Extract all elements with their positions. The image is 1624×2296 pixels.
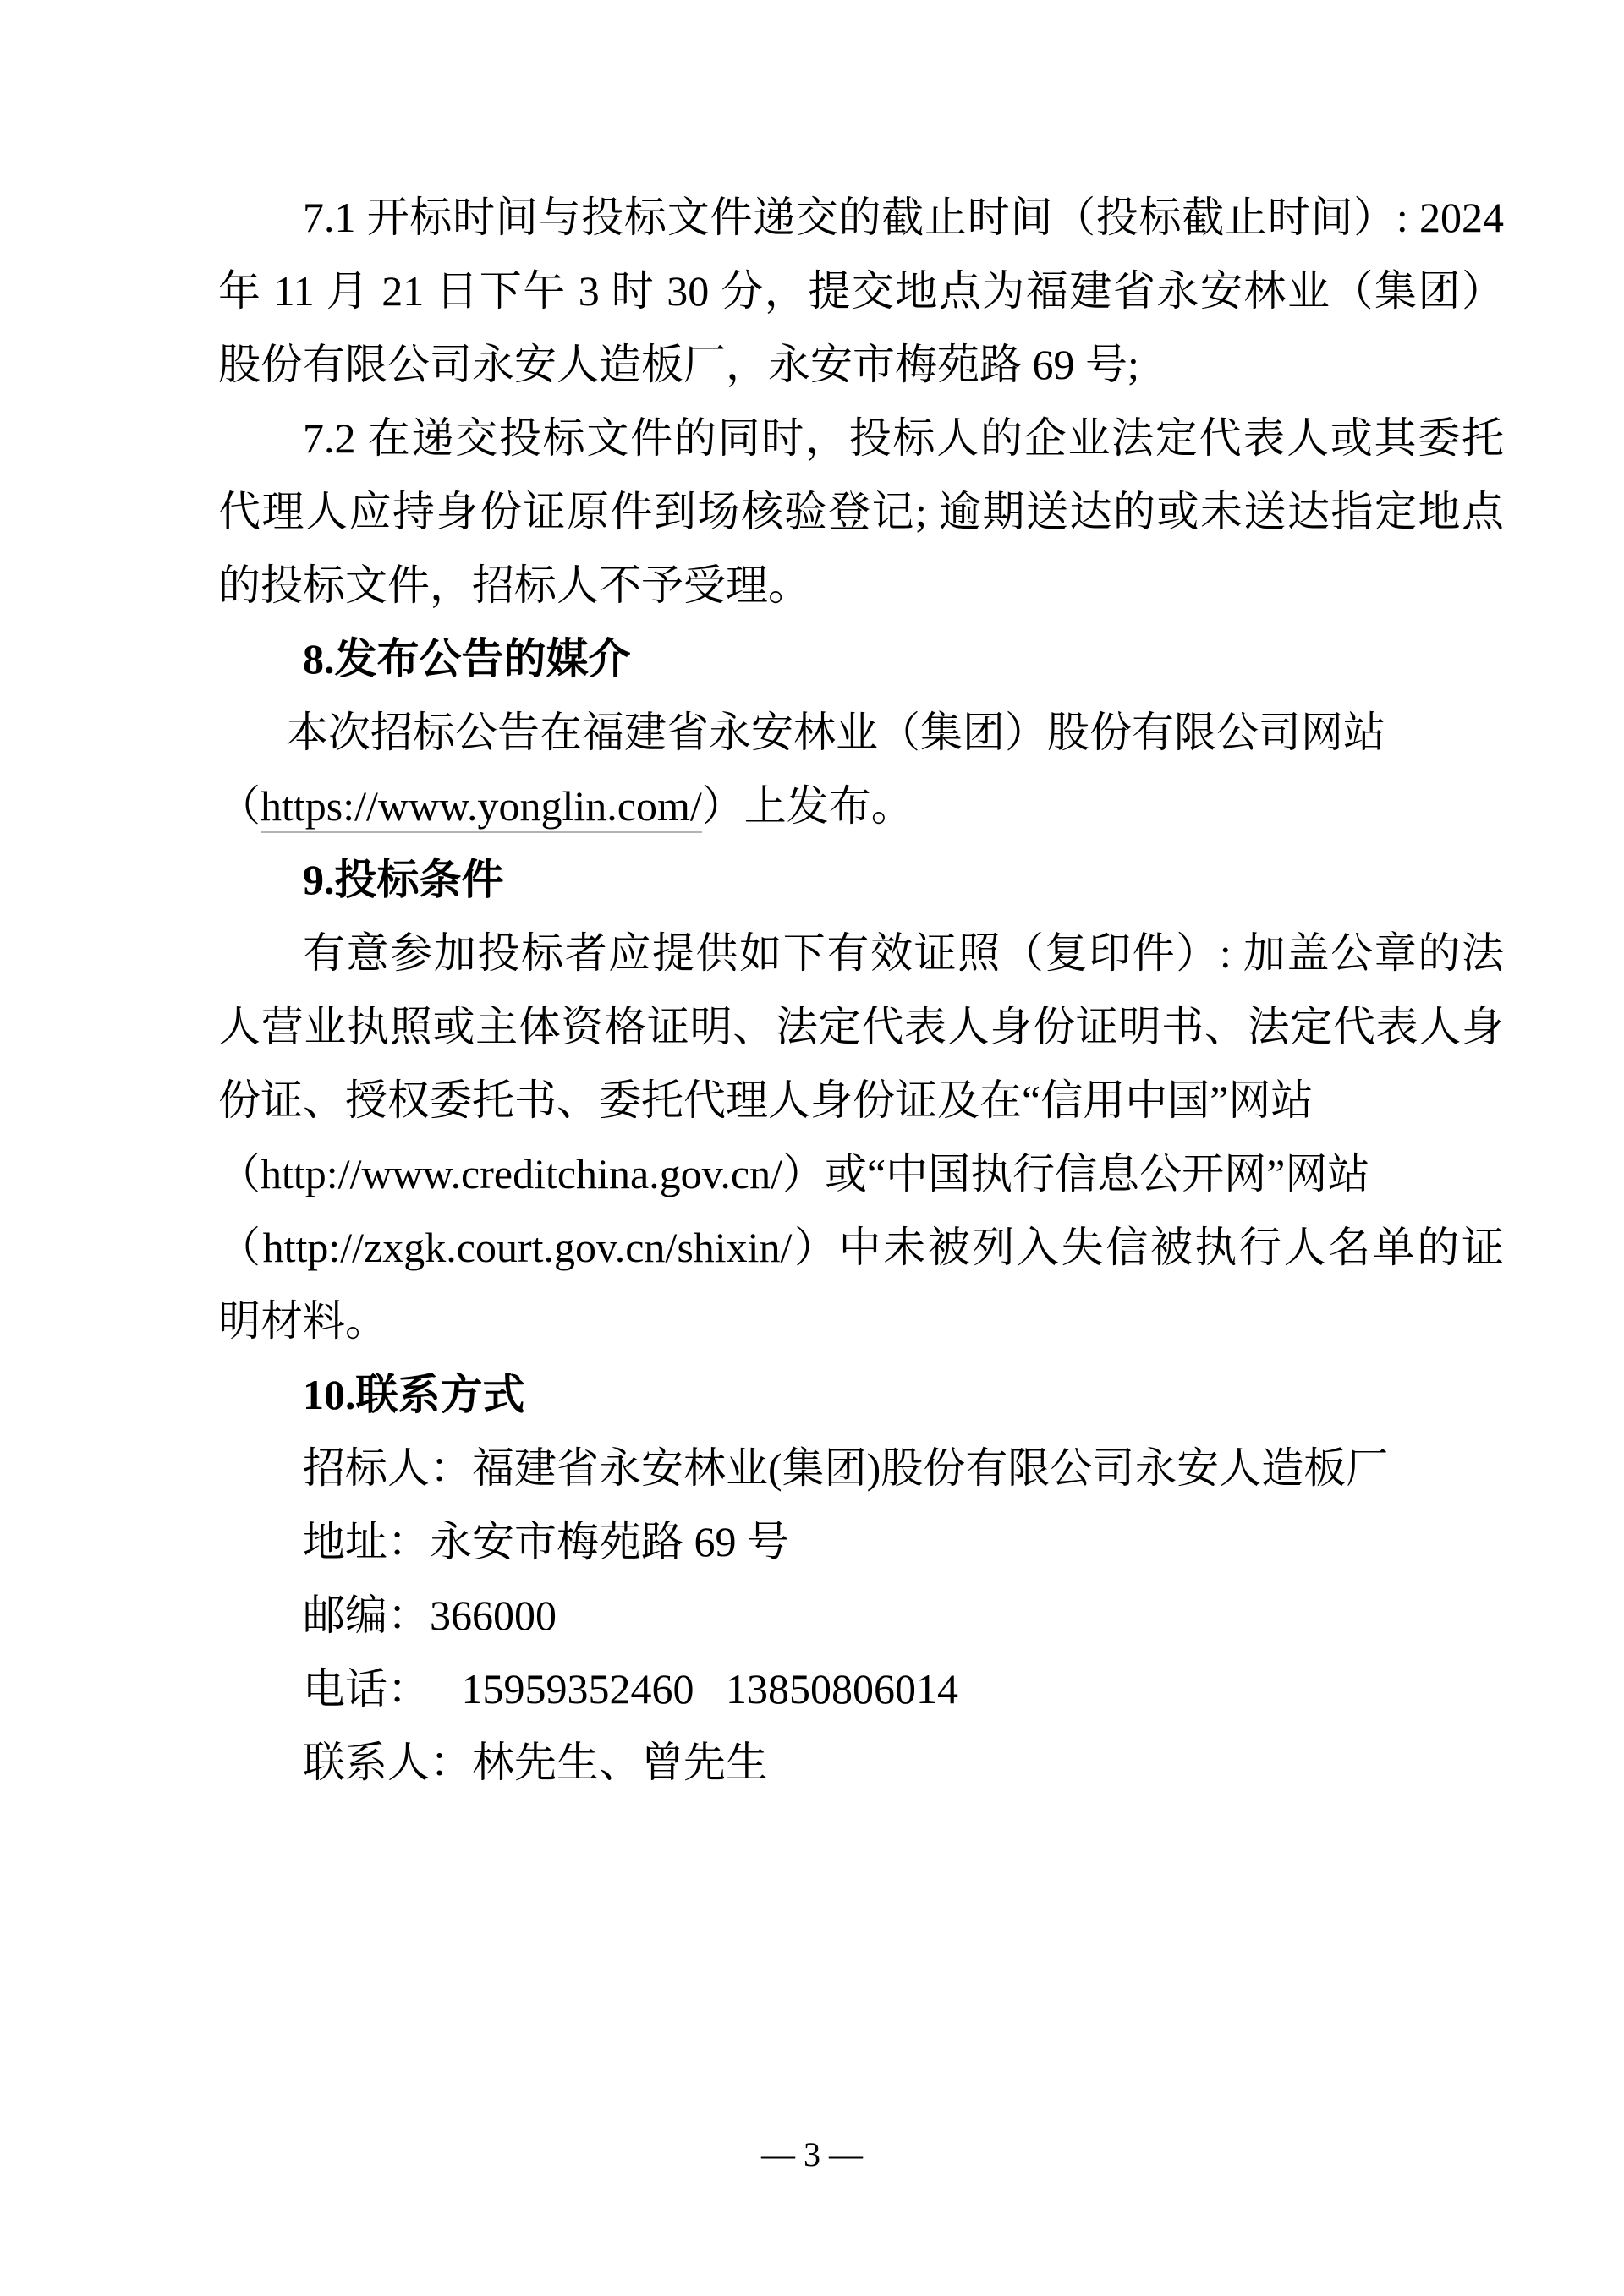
paren-open: （: [218, 782, 261, 830]
para-9-line-1: 有意参加投标者应提供如下有效证照（复印件）: 加盖公章的法: [218, 917, 1504, 990]
heading-section-9: 9.投标条件: [218, 843, 1504, 917]
contact-person-line: 联系人：林先生、曾先生: [218, 1726, 1504, 1800]
para-9-line-4-creditchina-url: （http://www.creditchina.gov.cn/）或“中国执行信息…: [218, 1137, 1504, 1211]
contact-address-line: 地址：永安市梅苑路 69 号: [218, 1505, 1504, 1579]
document-body: 7.1 开标时间与投标文件递交的截止时间（投标截止时间）: 2024 年 11 …: [218, 181, 1504, 1800]
para-8-line-1: 本次招标公告在福建省永安林业（集团）股份有限公司网站: [218, 696, 1504, 770]
yonglin-url-link[interactable]: https://www.yonglin.com/: [261, 782, 702, 833]
para-7-1-line-1: 7.1 开标时间与投标文件递交的截止时间（投标截止时间）: 2024: [218, 181, 1504, 255]
contact-tenderer-line: 招标人：福建省永安林业(集团)股份有限公司永安人造板厂: [218, 1432, 1504, 1505]
heading-section-8: 8.发布公告的媒介: [218, 622, 1504, 696]
para-7-1-line-3: 股份有限公司永安人造板厂，永安市梅苑路 69 号;: [218, 328, 1504, 402]
document-page: { "doc": { "p71": [ "7.1 开标时间与投标文件递交的截止时…: [0, 0, 1624, 2296]
page-footer: — 3 —: [0, 2134, 1624, 2175]
para-7-1-line-2: 年 11 月 21 日下午 3 时 30 分，提交地点为福建省永安林业（集团）: [218, 255, 1504, 328]
page-number: — 3 —: [761, 2135, 863, 2173]
heading-section-10: 10.联系方式: [218, 1358, 1504, 1432]
para-7-2-line-3: 的投标文件，招标人不予受理。: [218, 549, 1504, 622]
paren-close-and-text: ）上发布。: [702, 782, 913, 830]
para-9-line-6: 明材料。: [218, 1285, 1504, 1358]
contact-phone-line: 电话： 15959352460 13850806014: [218, 1652, 1504, 1726]
contact-postcode-line: 邮编：366000: [218, 1579, 1504, 1652]
para-7-2-line-2: 代理人应持身份证原件到场核验登记; 逾期送达的或未送达指定地点: [218, 475, 1504, 549]
para-9-line-5-zxgk-url: （http://zxgk.court.gov.cn/shixin/）中未被列入失…: [218, 1211, 1504, 1285]
para-9-line-3: 份证、授权委托书、委托代理人身份证及在“信用中国”网站: [218, 1064, 1504, 1137]
para-7-2-line-1: 7.2 在递交投标文件的同时，投标人的企业法定代表人或其委托: [218, 402, 1504, 475]
para-8-line-2: （https://www.yonglin.com/）上发布。: [218, 770, 1504, 843]
para-9-line-2: 人营业执照或主体资格证明、法定代表人身份证明书、法定代表人身: [218, 990, 1504, 1064]
